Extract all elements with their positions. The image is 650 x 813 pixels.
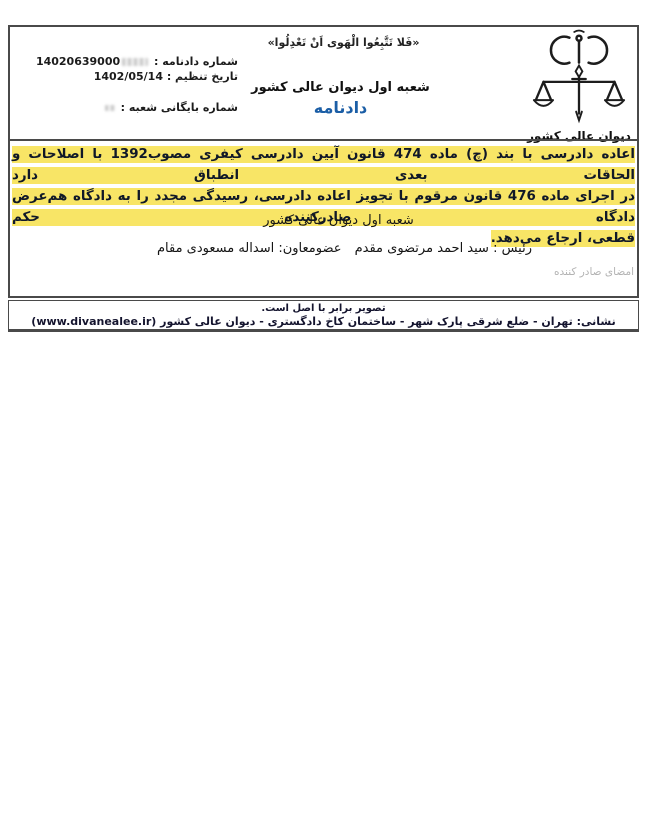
certified-copy-line: تصویر برابر با اصل است. [9, 303, 638, 314]
address-line: نشانی: تهران - ضلع شرقی پارک شهر - ساختم… [9, 315, 638, 328]
case-number-row: شماره دادنامه : 14020639000 [24, 54, 238, 69]
case-number-value: 14020639000 [36, 54, 150, 69]
case-number-label: شماره دادنامه : [154, 55, 238, 68]
president-signature: رئیس : سید احمد مرتضوی مقدم [355, 241, 532, 256]
branch-name: شعبه اول دیوان عالی کشور [10, 213, 637, 228]
judgment-document-box: «فَلا تَتَّبِعُوا الْهَوی اَنْ تَعْدِلُو… [8, 25, 639, 298]
page: «فَلا تَتَّبِعُوا الْهَوی اَنْ تَعْدِلُو… [0, 0, 650, 813]
redaction-smudge [122, 58, 148, 66]
supreme-court-emblem: دیوان عالی کشور [527, 29, 631, 143]
ruling-paragraph: اعاده دادرسی با بند (چ) ماده 474 قانون آ… [12, 144, 635, 249]
ruling-line: اعاده دادرسی با بند (چ) ماده 474 قانون آ… [12, 144, 635, 186]
member-signature: عضومعاون: اسداله مسعودی مقام [157, 241, 341, 256]
scales-of-justice-icon [531, 29, 627, 129]
iran-national-emblem-icon [551, 31, 607, 64]
header-divider [10, 139, 637, 141]
footer-box: تصویر برابر با اصل است. نشانی: تهران - ض… [8, 300, 639, 332]
signature-note: امضای صادر کننده [554, 266, 634, 278]
